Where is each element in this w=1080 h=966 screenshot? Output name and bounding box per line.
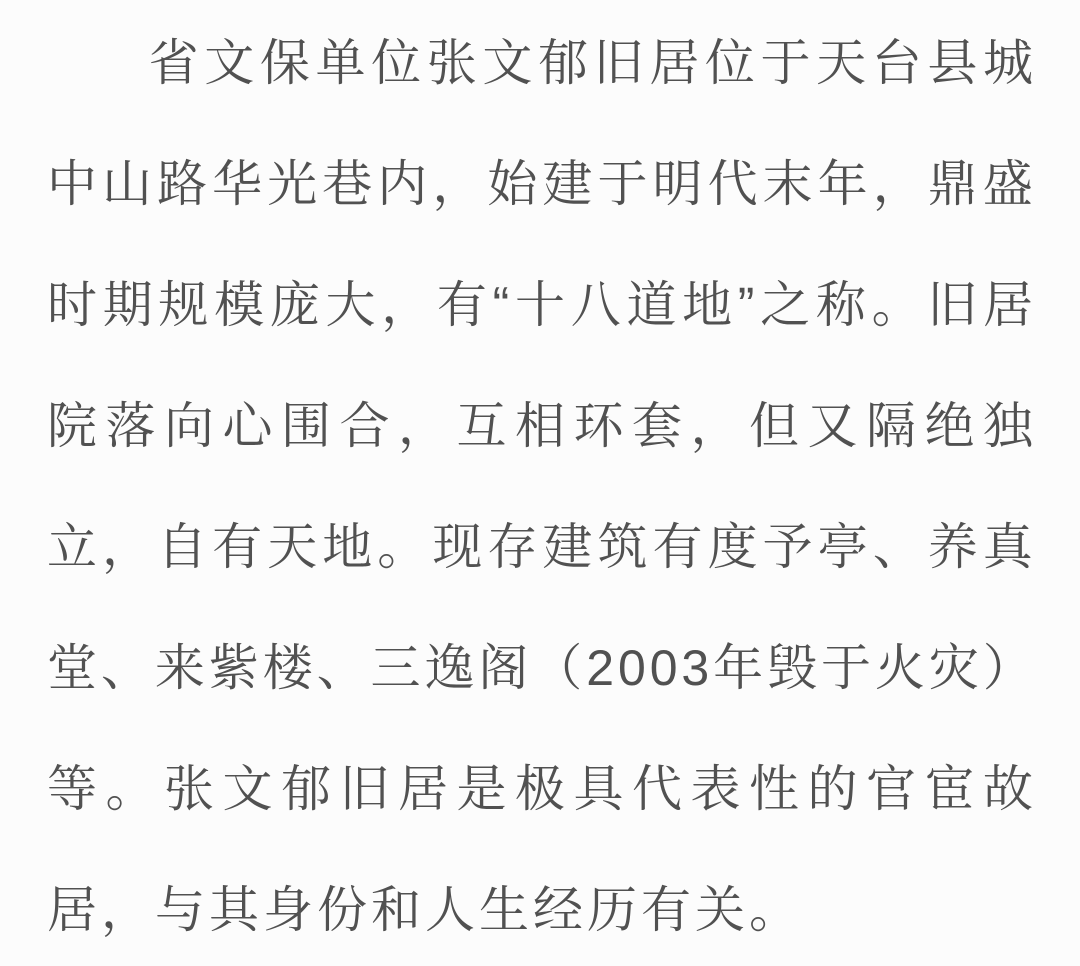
text-line: 堂、来紫楼、三逸阁（2003年毁于火灾）: [47, 607, 1033, 728]
text-line: 省文保单位张文郁旧居位于天台县城: [47, 2, 1033, 123]
char: 有: [653, 522, 703, 572]
char: 末: [763, 159, 813, 209]
char: 现: [432, 522, 482, 572]
char: 巷: [322, 159, 372, 209]
char: 份: [317, 885, 367, 935]
char: 年: [713, 643, 763, 693]
char: 之: [760, 280, 810, 330]
char: 称: [816, 280, 866, 330]
char: 存: [487, 522, 537, 572]
char: 表: [691, 764, 741, 814]
char: 亭: [818, 522, 868, 572]
char: ，: [381, 280, 431, 330]
char: 于: [821, 643, 871, 693]
char: 位: [705, 38, 755, 88]
char: 郁: [281, 764, 331, 814]
char: 故: [983, 764, 1033, 814]
char: 年: [818, 159, 868, 209]
text-line: 时期规模庞大，有“十八道地”之称。旧居: [47, 244, 1033, 365]
char: 县: [927, 38, 977, 88]
char: 于: [597, 159, 647, 209]
char: 天: [267, 522, 317, 572]
char: 居: [649, 38, 699, 88]
char: 宦: [925, 764, 975, 814]
text-line: 立，自有天地。现存建筑有度予亭、养真: [47, 486, 1033, 607]
char: 2: [586, 643, 614, 693]
char: 的: [808, 764, 858, 814]
char: 文: [223, 764, 273, 814]
char: 套: [632, 401, 682, 451]
char: 居: [398, 764, 448, 814]
char: 心: [223, 401, 273, 451]
char: 十: [515, 280, 565, 330]
char: 互: [457, 401, 507, 451]
char: 路: [157, 159, 207, 209]
char: 堂: [47, 643, 97, 693]
char: 有: [641, 885, 691, 935]
char: 筑: [597, 522, 647, 572]
char: ，: [691, 401, 741, 451]
char: 道: [626, 280, 676, 330]
char: 于: [761, 38, 811, 88]
char: 人: [425, 885, 475, 935]
char: 三: [371, 643, 421, 693]
char: ，: [398, 401, 448, 451]
char: 规: [158, 280, 208, 330]
char: 楼: [263, 643, 313, 693]
char: 官: [866, 764, 916, 814]
char: 性: [749, 764, 799, 814]
char: 、: [101, 643, 151, 693]
char: 独: [983, 401, 1033, 451]
char: 相: [515, 401, 565, 451]
char: 自: [157, 522, 207, 572]
char: 来: [155, 643, 205, 693]
char: 省: [149, 38, 199, 88]
char: 盛: [983, 159, 1033, 209]
text-line: 等。张文郁旧居是极具代表性的官宦故: [47, 728, 1033, 849]
char: 环: [574, 401, 624, 451]
char: 旧: [927, 280, 977, 330]
char: ，: [873, 159, 923, 209]
text-line: 居，与其身份和人生经历有关。: [47, 849, 1033, 966]
char: 养: [928, 522, 978, 572]
char: 立: [47, 522, 97, 572]
char: 庞: [270, 280, 320, 330]
char: 火: [875, 643, 925, 693]
char: 光: [267, 159, 317, 209]
char: 大: [326, 280, 376, 330]
text-line: 中山路华光巷内，始建于明代末年，鼎盛: [47, 123, 1033, 244]
char: 地: [682, 280, 732, 330]
char: ，: [432, 159, 482, 209]
char: 华: [212, 159, 262, 209]
char: 逸: [424, 643, 474, 693]
char: 居: [983, 280, 1033, 330]
char: 紫: [209, 643, 259, 693]
char: 始: [487, 159, 537, 209]
char: 0: [618, 643, 646, 693]
char: 内: [377, 159, 427, 209]
char: 城: [983, 38, 1033, 88]
char: 予: [763, 522, 813, 572]
char: 保: [260, 38, 310, 88]
paragraph-indent: [47, 62, 143, 63]
char: 真: [983, 522, 1033, 572]
char: 位: [371, 38, 421, 88]
char: 3: [681, 643, 709, 693]
char: 旧: [594, 38, 644, 88]
char: 和: [371, 885, 421, 935]
char: 居: [47, 885, 97, 935]
char: 毁: [767, 643, 817, 693]
char: （: [532, 643, 582, 693]
char: 有: [437, 280, 487, 330]
char: 与: [155, 885, 205, 935]
char: ，: [101, 885, 151, 935]
char: 落: [106, 401, 156, 451]
char: 代: [632, 764, 682, 814]
char: 身: [263, 885, 313, 935]
paragraph: 省文保单位张文郁旧居位于天台县城中山路华光巷内，始建于明代末年，鼎盛时期规模庞大…: [47, 2, 1033, 966]
char: 文: [204, 38, 254, 88]
char: ”: [738, 280, 755, 330]
char: 隔: [866, 401, 916, 451]
char: 张: [427, 38, 477, 88]
char: 旧: [340, 764, 390, 814]
char: 、: [317, 643, 367, 693]
char: 等: [47, 764, 97, 814]
char: 绝: [925, 401, 975, 451]
char: 阁: [478, 643, 528, 693]
char: 经: [533, 885, 583, 935]
char: 建: [542, 159, 592, 209]
char: 院: [47, 401, 97, 451]
char: 台: [872, 38, 922, 88]
char: 中: [47, 159, 97, 209]
char: 、: [873, 522, 923, 572]
char: 代: [708, 159, 758, 209]
char: 天: [816, 38, 866, 88]
char: 灾: [929, 643, 979, 693]
char: 0: [650, 643, 678, 693]
char: 合: [340, 401, 390, 451]
char: 向: [164, 401, 214, 451]
char: 单: [316, 38, 366, 88]
char: ）: [983, 643, 1033, 693]
char: ，: [102, 522, 152, 572]
char: 。: [749, 885, 799, 935]
char: 围: [281, 401, 331, 451]
char: 是: [457, 764, 507, 814]
char: 明: [653, 159, 703, 209]
text-line: 院落向心围合，互相环套，但又隔绝独: [47, 365, 1033, 486]
char: 模: [214, 280, 264, 330]
char: 生: [479, 885, 529, 935]
char: 山: [102, 159, 152, 209]
char: 地: [322, 522, 372, 572]
char: 张: [164, 764, 214, 814]
char: 其: [209, 885, 259, 935]
document-page: 省文保单位张文郁旧居位于天台县城中山路华光巷内，始建于明代末年，鼎盛时期规模庞大…: [0, 0, 1080, 966]
char: 极: [515, 764, 565, 814]
char: 又: [808, 401, 858, 451]
char: 度: [708, 522, 758, 572]
char: 但: [749, 401, 799, 451]
char: 期: [103, 280, 153, 330]
char: 历: [587, 885, 637, 935]
char: 关: [695, 885, 745, 935]
char: “: [493, 280, 510, 330]
char: 有: [212, 522, 262, 572]
char: 具: [574, 764, 624, 814]
char: 八: [571, 280, 621, 330]
char: 。: [106, 764, 156, 814]
char: 。: [872, 280, 922, 330]
char: 鼎: [928, 159, 978, 209]
char: 建: [542, 522, 592, 572]
char: 文: [482, 38, 532, 88]
char: 时: [47, 280, 97, 330]
char: 郁: [538, 38, 588, 88]
char: 。: [377, 522, 427, 572]
